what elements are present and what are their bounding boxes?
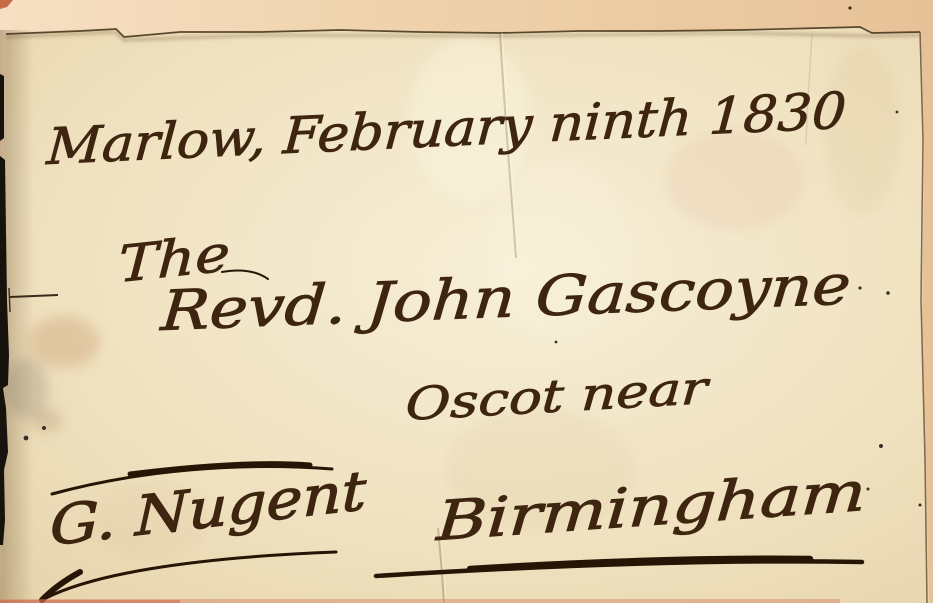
scanned-letter: Marlow, February ninth 1830 The Revd. Jo…	[0, 0, 933, 603]
letter-scan-canvas: Marlow, February ninth 1830 The Revd. Jo…	[0, 0, 933, 603]
